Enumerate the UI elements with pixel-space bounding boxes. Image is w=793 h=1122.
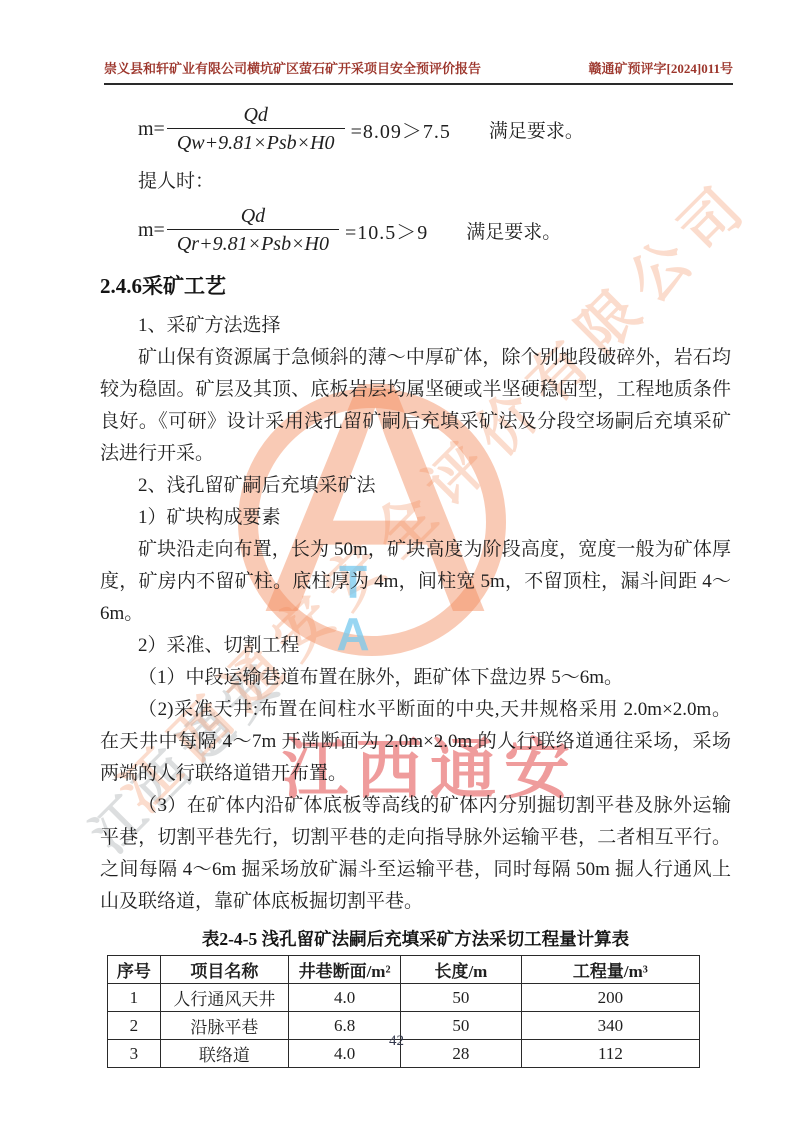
table-cell: 200 [521,984,699,1012]
formula-1-denominator: Qw+9.81×Psb×H0 [167,128,345,157]
formula-1-note: 满足要求。 [489,116,584,143]
table-header-item-name: 项目名称 [160,956,288,984]
table-cell: 4.0 [289,984,401,1012]
formula-2-intro: 提人时： [138,167,731,197]
formula-2-numerator: Qd [167,203,339,229]
table-header-row: 序号 项目名称 井巷断面/m² 长度/m 工程量/m³ [108,956,700,984]
paragraph-block-layout: 矿块沿走向布置，长为 50m，矿块高度为阶段高度，宽度一般为矿体厚度，矿房内不留… [100,534,731,630]
table-row: 1 人行通风天井 4.0 50 200 [108,984,700,1012]
paragraph-mining-method-select: 1、采矿方法选择 [100,310,731,342]
paragraph-shrinkage-method: 2、浅孔留矿嗣后充填采矿法 [100,470,731,502]
header-report-title: 崇义县和轩矿业有限公司横坑矿区萤石矿开采项目安全预评价报告 [104,58,481,77]
formula-2-result: =10.5＞9 [345,216,428,245]
table-header-length: 长度/m [401,956,522,984]
formula-2-fraction: Qd Qr+9.81×Psb×H0 [167,203,339,258]
table-cell: 50 [401,984,522,1012]
formula-1: m= Qd Qw+9.81×Psb×H0 =8.09＞7.5 满足要求。 [138,102,731,157]
formula-2-note: 满足要求。 [466,217,561,244]
table-cell: 1 [108,984,161,1012]
formula-1-numerator: Qd [167,102,345,128]
formula-2: m= Qd Qr+9.81×Psb×H0 =10.5＞9 满足要求。 [138,203,731,258]
paragraph-block-elements-title: 1）矿块构成要素 [100,502,731,534]
paragraph-cutting-drift: （3）在矿体内沿矿体底板等高线的矿体内分别掘切割平巷及脉外运输平巷，切割平巷先行… [100,790,731,918]
paragraph-cutting-works-title: 2）采准、切割工程 [100,630,731,662]
table-header-section-area: 井巷断面/m² [289,956,401,984]
table-header-index: 序号 [108,956,161,984]
formula-2-denominator: Qr+9.81×Psb×H0 [167,229,339,258]
page-content: m= Qd Qw+9.81×Psb×H0 =8.09＞7.5 满足要求。 提人时… [100,96,731,1068]
paragraph-raise-layout: （2)采准天井:布置在间柱水平断面的中央,天井规格采用 2.0m×2.0m。在天… [100,694,731,790]
formula-1-lhs: m= [138,118,165,141]
table-header-volume: 工程量/m³ [521,956,699,984]
header-document-number: 赣通矿预评字[2024]011号 [589,58,733,77]
paragraph-transport-roadway: （1）中段运输巷道布置在脉外，距矿体下盘边界 5～6m。 [100,662,731,694]
formula-2-lhs: m= [138,219,165,242]
formula-1-result: =8.09＞7.5 [351,115,451,144]
works-quantity-table: 序号 项目名称 井巷断面/m² 长度/m 工程量/m³ 1 人行通风天井 4.0… [107,955,700,1068]
paragraph-resource-description: 矿山保有资源属于急倾斜的薄～中厚矿体，除个别地段破碎外，岩石均较为稳固。矿层及其… [100,342,731,470]
page-number: 42 [0,1033,793,1050]
page-header: 崇义县和轩矿业有限公司横坑矿区萤石矿开采项目安全预评价报告 赣通矿预评字[202… [104,58,733,85]
table-cell: 人行通风天井 [160,984,288,1012]
table-caption: 表2-4-5 浅孔留矿法嗣后充填采矿方法采切工程量计算表 [100,926,731,951]
formula-1-fraction: Qd Qw+9.81×Psb×H0 [167,102,345,157]
section-heading: 2.4.6采矿工艺 [100,272,731,300]
document-page: 江西通安 江西通安安全评价有限公司 A TA 江西通安 崇义县和轩矿业有限公司横… [0,0,793,1122]
